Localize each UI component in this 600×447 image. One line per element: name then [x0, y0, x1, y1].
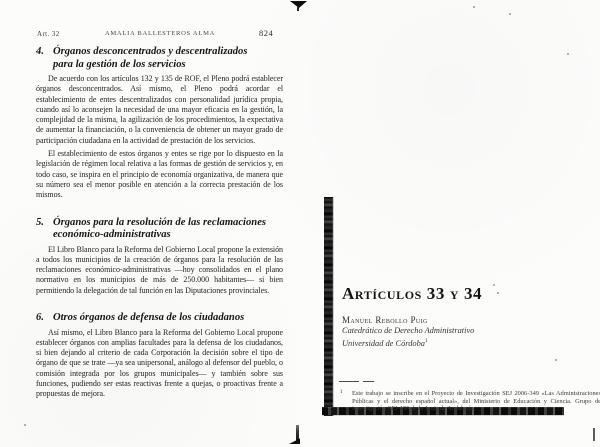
footnote-body: Este trabajo se inscribe en el Proyecto … [352, 390, 600, 412]
scanned-book-spread: Art. 32 AMALIA BALLESTEROS ALMA 824 4. Ó… [0, 0, 600, 447]
paragraph: De acuerdo con los artículos 132 y 135 d… [36, 74, 283, 146]
footnote-marker: 1 [340, 389, 343, 397]
running-header-article: Art. 32 [37, 30, 60, 38]
scan-speck [497, 292, 499, 294]
paragraph: El Libro Blanco para la Reforma del Gobi… [36, 245, 283, 296]
page-edge-tick [593, 428, 595, 441]
section-heading-5: 5. Órganos para la resolución de las rec… [36, 217, 283, 242]
paragraph: Así mismo, el Libro Blanco para la Refor… [36, 328, 283, 400]
page-number: 824 [259, 28, 273, 38]
scan-speck [567, 53, 569, 55]
scan-speck [555, 359, 557, 361]
text-column: 4. Órganos desconcentrados y descentrali… [36, 46, 283, 400]
author-block: Manuel Rebollo Puig Catedrático de Derec… [342, 315, 474, 349]
section-heading-6: 6. Otros órganos de defensa de los ciuda… [36, 312, 283, 325]
footnote-reference: 1 [425, 338, 428, 344]
right-page: Artículos 33 y 34 Manuel Rebollo Puig Ca… [310, 0, 600, 447]
scan-speck [473, 6, 475, 8]
section-title: Órganos desconcentrados y descentralizad… [53, 46, 267, 71]
footnote-block: 1 Este trabajo se inscribe en el Proyect… [339, 369, 600, 413]
affiliation-text: Universidad de Córdoba [342, 339, 425, 348]
author-name: Manuel Rebollo Puig [342, 315, 474, 326]
scan-speck [24, 424, 26, 426]
section-number: 6. [36, 312, 44, 325]
paragraph: El establecimiento de estos órganos y en… [36, 149, 283, 200]
section-title: Órganos para la resolución de las reclam… [53, 217, 267, 242]
section-title: Otros órganos de defensa de los ciudadan… [53, 312, 267, 325]
binding-shadow-vertical [324, 197, 333, 416]
registration-mark-top-stem [297, 7, 299, 11]
scan-speck [509, 13, 511, 15]
left-page: Art. 32 AMALIA BALLESTEROS ALMA 824 4. Ó… [0, 0, 310, 447]
scan-speck [493, 284, 495, 286]
footnote-rule [363, 381, 374, 382]
section-heading-4: 4. Órganos desconcentrados y descentrali… [36, 46, 283, 71]
section-number: 4. [36, 46, 44, 71]
chapter-title-block: Artículos 33 y 34 [342, 284, 482, 304]
author-affiliation: Universidad de Córdoba1 [342, 336, 474, 349]
section-number: 5. [36, 217, 44, 242]
footnote-text: 1 Este trabajo se inscribe en el Proyect… [339, 390, 600, 413]
footnote-rule [339, 381, 359, 382]
running-header-author: AMALIA BALLESTEROS ALMA [85, 30, 235, 37]
author-role: Catedrático de Derecho Administrativo [342, 326, 474, 336]
chapter-title: Artículos 33 y 34 [342, 284, 482, 304]
